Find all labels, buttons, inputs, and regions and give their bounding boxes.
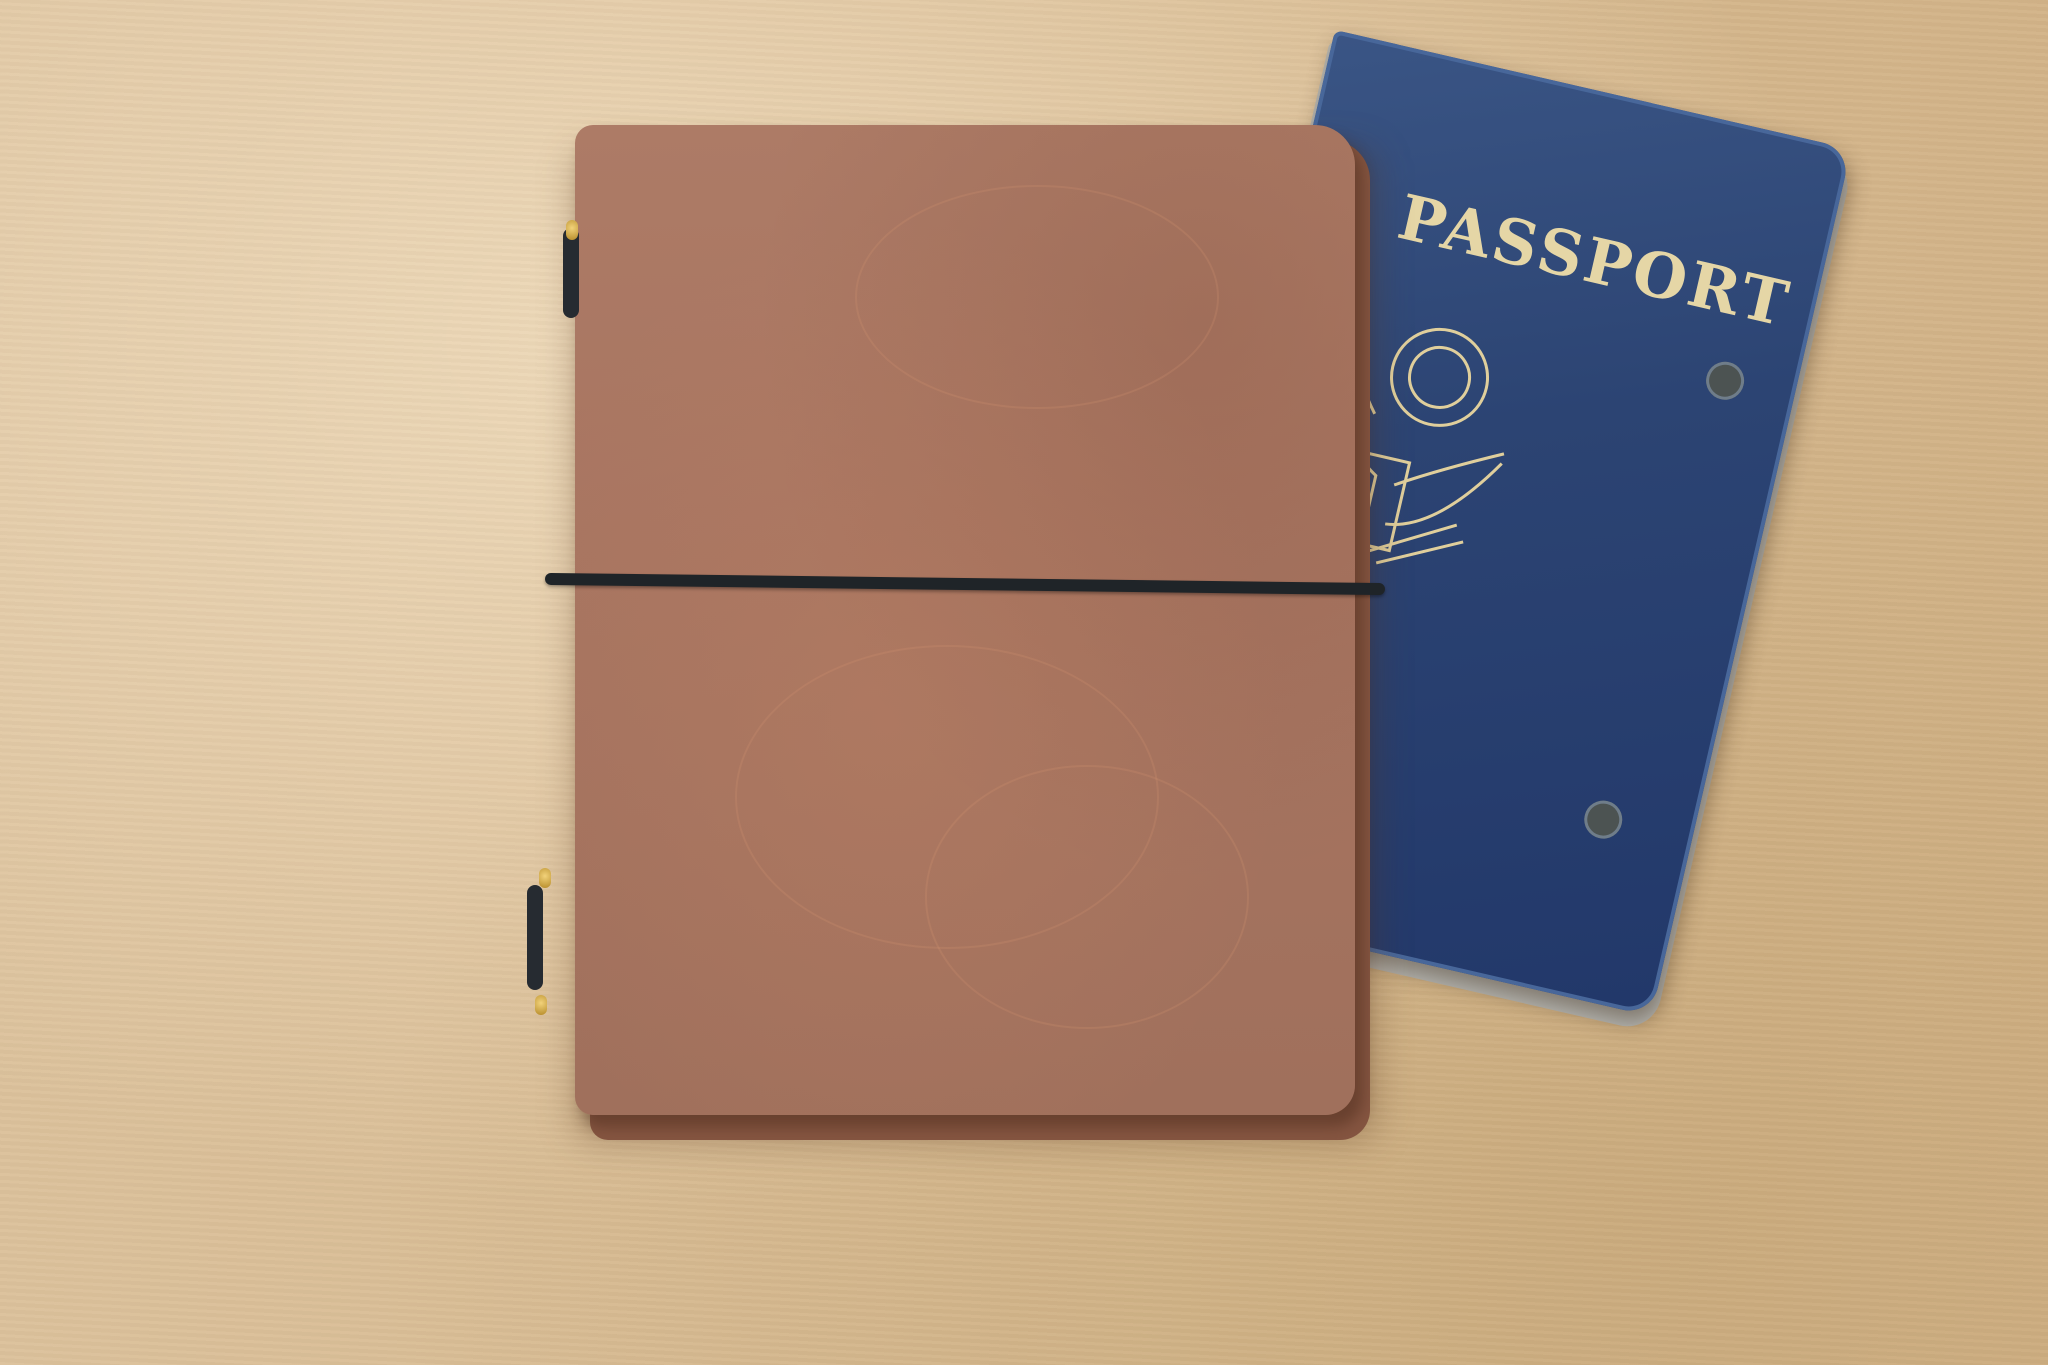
elastic-loop-bottom <box>527 885 543 990</box>
passport-punch-hole-bottom <box>1580 797 1626 843</box>
leather-notebook <box>575 125 1355 1115</box>
brass-grommet <box>535 995 547 1015</box>
leather-crease <box>925 765 1249 1029</box>
brass-grommet <box>539 868 551 888</box>
brass-grommet <box>566 220 578 240</box>
leather-crease <box>855 185 1219 409</box>
elastic-loop-top <box>563 228 579 318</box>
passport-title: PASSPORT <box>1392 180 1798 341</box>
passport-punch-hole-top <box>1702 358 1748 404</box>
